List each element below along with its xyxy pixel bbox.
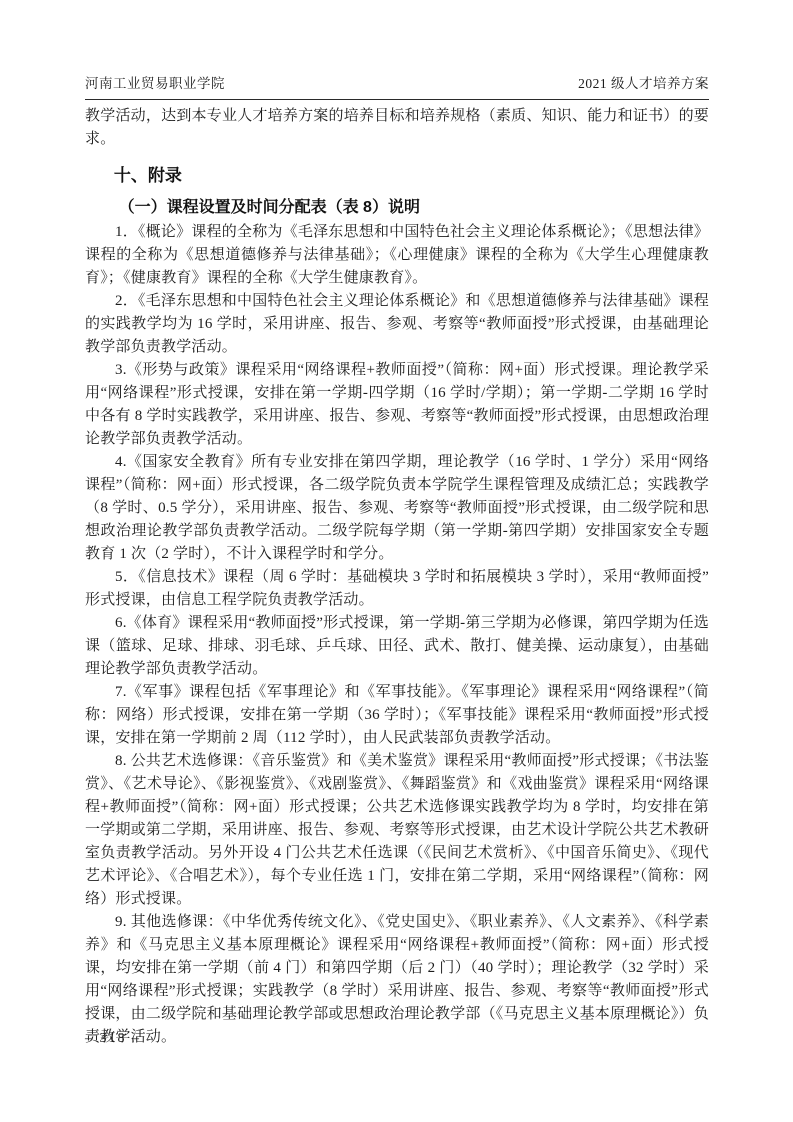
paragraph-5: 5．《信息技术》课程（周 6 学时：基础模块 3 学时和拓展模块 3 学时），采… [85,566,709,612]
intro-continuation-line: 教学活动，达到本专业人才培养方案的培养目标和培养规格（素质、知识、能力和证书）的… [85,105,709,151]
paragraph-4: 4.《国家安全教育》所有专业安排在第四学期，理论教学（16 学时、1 学分）采用… [85,451,709,566]
paragraph-3: 3.《形势与政策》课程采用“网络课程+教师面授”（简称：网+面）形式授课。理论教… [85,359,709,451]
paragraph-9: 9. 其他选修课：《中华优秀传统文化》、《党史国史》、《职业素养》、《人文素养》… [85,911,709,1049]
section-heading-appendix: 十、附录 [85,163,709,189]
header-plan-title: 2021 级人才培养方案 [578,72,709,92]
document-page: 河南工业贸易职业学院 2021 级人才培养方案 教学活动，达到本专业人才培养方案… [0,0,793,1122]
subsection-heading-course-table-notes: （一）课程设置及时间分配表（表 8）说明 [85,195,709,221]
paragraph-7: 7.《军事》课程包括《军事理论》和《军事技能》。《军事理论》课程采用“网络课程”… [85,681,709,750]
paragraph-2: 2．《毛泽东思想和中国特色社会主义理论体系概论》和《思想道德修养与法律基础》课程… [85,290,709,359]
header-school-name: 河南工业贸易职业学院 [85,72,225,92]
paragraph-6: 6.《体育》课程采用“教师面授”形式授课，第一学期-第三学期为必修课，第四学期为… [85,612,709,681]
page-header: 河南工业贸易职业学院 2021 级人才培养方案 [85,72,709,100]
paragraph-1: 1．《概论》课程的全称为《毛泽东思想和中国特色社会主义理论体系概论》；《思想法律… [85,221,709,290]
page-number: – 318 – [85,1031,141,1047]
paragraph-8: 8. 公共艺术选修课：《音乐鉴赏》和《美术鉴赏》课程采用“教师面授”形式授课；《… [85,750,709,911]
document-body: 教学活动，达到本专业人才培养方案的培养目标和培养规格（素质、知识、能力和证书）的… [85,105,709,1049]
